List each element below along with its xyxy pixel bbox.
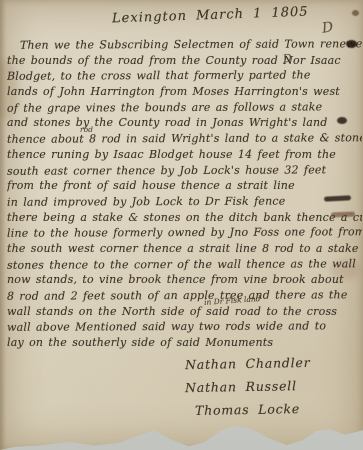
manuscript-line: and stones by the County road in Jonas W…: [7, 115, 362, 131]
manuscript-line: now stands, to vine brook thence from vi…: [7, 272, 362, 288]
flourish-mark: D: [321, 19, 334, 36]
manuscript-line: stones thence to the corner of the wall …: [7, 256, 362, 273]
ink-blot: [352, 10, 359, 16]
ink-blot: [337, 117, 347, 124]
signature-block: Nathan Chandler Nathan Russell Thomas Lo…: [185, 352, 310, 421]
manuscript-line: wall stands on the North side of said ro…: [7, 304, 362, 320]
manuscript-line: wall above Mentioned said way two rods w…: [7, 319, 362, 336]
ink-blot: [346, 40, 357, 48]
manuscript-line: thence about 8 rod in said Wright's land…: [7, 130, 362, 147]
manuscript-paper: Lexington March 1 1805 D D Then we the S…: [0, 0, 363, 450]
manuscript-line: thence runing by Isaac Blodget house 14 …: [7, 147, 362, 163]
manuscript-line: the south west corner thence a strait li…: [7, 241, 362, 257]
manuscript-line: the bounds of the road from the County r…: [7, 53, 362, 69]
manuscript-line: in land improved by Job Lock to Dr Fisk …: [7, 193, 362, 210]
signature: Nathan Chandler: [185, 351, 311, 376]
manuscript-line: from the front of said house thence a st…: [7, 178, 362, 194]
dateline: Lexington March 1 1805: [112, 5, 309, 27]
manuscript-line: lands of John Harrington from Moses Harr…: [7, 84, 362, 100]
scanned-document: Lexington March 1 1805 D D Then we the S…: [0, 0, 363, 450]
manuscript-line: line to the house formerly owned by Jno …: [7, 224, 362, 241]
superscript-rod-note: rod: [80, 125, 93, 134]
manuscript-line: south east corner thence by Job Lock's h…: [7, 162, 362, 179]
manuscript-line: Then we the Subscribing Selectmen of sai…: [7, 37, 362, 53]
manuscript-line: Blodget, to the cross wall that formerly…: [7, 68, 362, 85]
signature: Thomas Locke: [185, 397, 311, 422]
manuscript-body: Then we the Subscribing Selectmen of sai…: [7, 37, 362, 351]
manuscript-line: there being a stake & stones on the ditc…: [7, 210, 362, 226]
manuscript-line: lay on the southerly side of said Monume…: [7, 335, 362, 351]
manuscript-line: 8 rod and 2 feet south of an apple tree …: [7, 287, 362, 304]
signature: Nathan Russell: [185, 374, 311, 399]
manuscript-line: of the grape vines the bounds are as fol…: [7, 99, 362, 116]
struck-out-word-smear: [331, 212, 355, 218]
